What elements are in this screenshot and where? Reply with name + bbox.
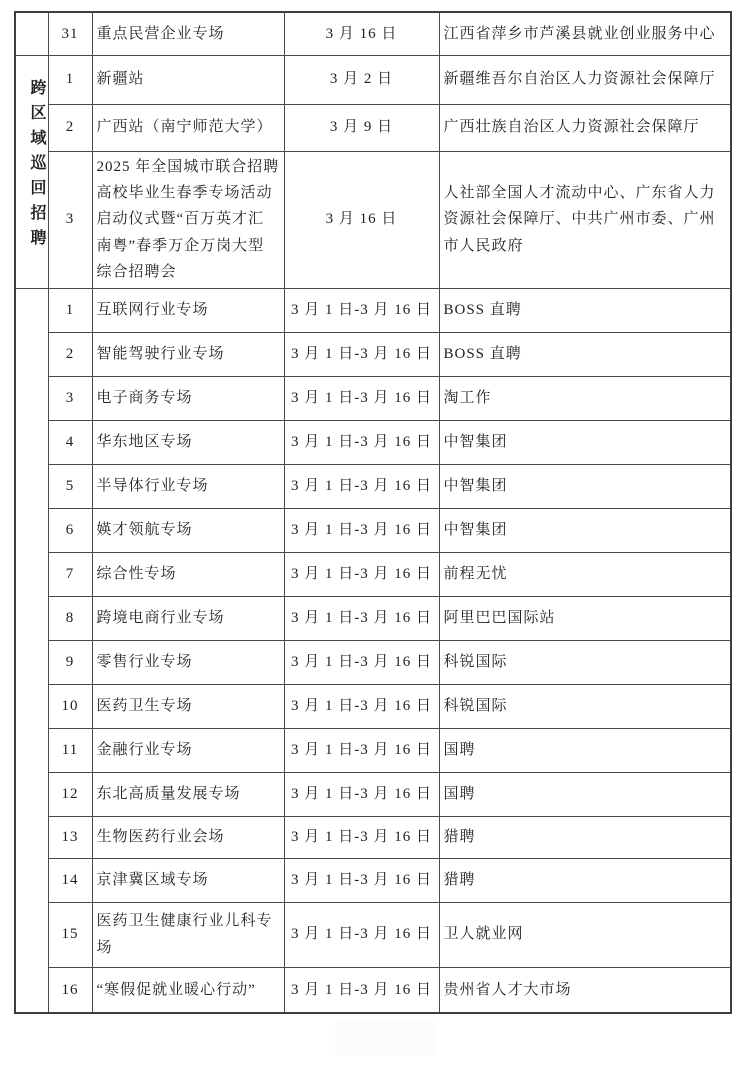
event-cell: 电子商务专场 [92,376,284,420]
row-number-cell: 1 [48,288,92,332]
date-cell: 3 月 1 日-3 月 16 日 [284,772,439,816]
date-cell: 3 月 1 日-3 月 16 日 [284,508,439,552]
event-cell: 金融行业专场 [92,728,284,772]
table-row: 4 华东地区专场 3 月 1 日-3 月 16 日 中智集团 [15,420,731,464]
event-cell: 东北高质量发展专场 [92,772,284,816]
date-cell: 3 月 1 日-3 月 16 日 [284,728,439,772]
table-row: 13 生物医药行业会场 3 月 1 日-3 月 16 日 猎聘 [15,816,731,858]
table-row: 2 广西站（南宁师范大学） 3 月 9 日 广西壮族自治区人力资源社会保障厅 [15,104,731,151]
table-row: 3 电子商务专场 3 月 1 日-3 月 16 日 淘工作 [15,376,731,420]
date-cell: 3 月 9 日 [284,104,439,151]
table-row: 跨区域巡回招聘 1 新疆站 3 月 2 日 新疆维吾尔自治区人力资源社会保障厅 [15,55,731,104]
date-cell: 3 月 16 日 [284,151,439,288]
organizer-cell: 人社部全国人才流动中心、广东省人力资源社会保障厅、中共广州市委、广州市人民政府 [439,151,731,288]
group-header-label: 跨区域巡回招聘 [20,79,48,254]
event-cell: 华东地区专场 [92,420,284,464]
table-row: 11 金融行业专场 3 月 1 日-3 月 16 日 国聘 [15,728,731,772]
row-number-cell: 7 [48,552,92,596]
group-cell-empty-bottom [15,288,48,1013]
table-row: 10 医药卫生专场 3 月 1 日-3 月 16 日 科锐国际 [15,684,731,728]
organizer-cell: 猎聘 [439,816,731,858]
table-row: 14 京津冀区域专场 3 月 1 日-3 月 16 日 猎聘 [15,858,731,902]
row-number-cell: 12 [48,772,92,816]
organizer-cell: 国聘 [439,728,731,772]
event-cell: 京津冀区域专场 [92,858,284,902]
table-row: 31 重点民营企业专场 3 月 16 日 江西省萍乡市芦溪县就业创业服务中心 [15,12,731,55]
table-row: 16 “寒假促就业暖心行动” 3 月 1 日-3 月 16 日 贵州省人才大市场 [15,967,731,1013]
organizer-cell: 中智集团 [439,508,731,552]
table-row: 8 跨境电商行业专场 3 月 1 日-3 月 16 日 阿里巴巴国际站 [15,596,731,640]
date-cell: 3 月 1 日-3 月 16 日 [284,376,439,420]
event-cell: 广西站（南宁师范大学） [92,104,284,151]
event-cell: 生物医药行业会场 [92,816,284,858]
organizer-cell: BOSS 直聘 [439,332,731,376]
row-number-cell: 4 [48,420,92,464]
table-row: 6 媖才领航专场 3 月 1 日-3 月 16 日 中智集团 [15,508,731,552]
organizer-cell: 贵州省人才大市场 [439,967,731,1013]
organizer-cell: 卫人就业网 [439,902,731,967]
row-number-cell: 6 [48,508,92,552]
event-cell: 医药卫生健康行业儿科专场 [92,902,284,967]
row-number-cell: 8 [48,596,92,640]
row-number-cell: 14 [48,858,92,902]
date-cell: 3 月 1 日-3 月 16 日 [284,288,439,332]
row-number-cell: 11 [48,728,92,772]
row-number-cell: 10 [48,684,92,728]
date-cell: 3 月 1 日-3 月 16 日 [284,858,439,902]
row-number-cell: 16 [48,967,92,1013]
event-cell: 媖才领航专场 [92,508,284,552]
table-row: 3 2025 年全国城市联合招聘高校毕业生春季专场活动启动仪式暨“百万英才汇南粤… [15,151,731,288]
faint-watermark-smudge [335,1022,435,1056]
row-number-cell: 2 [48,332,92,376]
table-row: 9 零售行业专场 3 月 1 日-3 月 16 日 科锐国际 [15,640,731,684]
row-number-cell: 31 [48,12,92,55]
event-cell: 综合性专场 [92,552,284,596]
group-cell-empty-top [15,12,48,55]
organizer-cell: BOSS 直聘 [439,288,731,332]
organizer-cell: 国聘 [439,772,731,816]
row-number-cell: 3 [48,376,92,420]
organizer-cell: 猎聘 [439,858,731,902]
date-cell: 3 月 1 日-3 月 16 日 [284,596,439,640]
date-cell: 3 月 1 日-3 月 16 日 [284,684,439,728]
organizer-cell: 科锐国际 [439,684,731,728]
table-row: 7 综合性专场 3 月 1 日-3 月 16 日 前程无忧 [15,552,731,596]
date-cell: 3 月 2 日 [284,55,439,104]
organizer-cell: 阿里巴巴国际站 [439,596,731,640]
document-page: 31 重点民营企业专场 3 月 16 日 江西省萍乡市芦溪县就业创业服务中心 跨… [0,0,750,1068]
table-row: 5 半导体行业专场 3 月 1 日-3 月 16 日 中智集团 [15,464,731,508]
event-cell: 医药卫生专场 [92,684,284,728]
event-cell: 零售行业专场 [92,640,284,684]
organizer-cell: 淘工作 [439,376,731,420]
date-cell: 3 月 1 日-3 月 16 日 [284,640,439,684]
event-cell: “寒假促就业暖心行动” [92,967,284,1013]
organizer-cell: 中智集团 [439,464,731,508]
row-number-cell: 5 [48,464,92,508]
date-cell: 3 月 1 日-3 月 16 日 [284,816,439,858]
date-cell: 3 月 16 日 [284,12,439,55]
table-row: 15 医药卫生健康行业儿科专场 3 月 1 日-3 月 16 日 卫人就业网 [15,902,731,967]
event-cell: 2025 年全国城市联合招聘高校毕业生春季专场活动启动仪式暨“百万英才汇南粤”春… [92,151,284,288]
row-number-cell: 3 [48,151,92,288]
date-cell: 3 月 1 日-3 月 16 日 [284,420,439,464]
table-row: 12 东北高质量发展专场 3 月 1 日-3 月 16 日 国聘 [15,772,731,816]
date-cell: 3 月 1 日-3 月 16 日 [284,967,439,1013]
organizer-cell: 科锐国际 [439,640,731,684]
row-number-cell: 9 [48,640,92,684]
table-row: 2 智能驾驶行业专场 3 月 1 日-3 月 16 日 BOSS 直聘 [15,332,731,376]
event-cell: 跨境电商行业专场 [92,596,284,640]
organizer-cell: 中智集团 [439,420,731,464]
date-cell: 3 月 1 日-3 月 16 日 [284,902,439,967]
event-cell: 重点民营企业专场 [92,12,284,55]
event-cell: 新疆站 [92,55,284,104]
row-number-cell: 13 [48,816,92,858]
organizer-cell: 新疆维吾尔自治区人力资源社会保障厅 [439,55,731,104]
recruitment-schedule-table: 31 重点民营企业专场 3 月 16 日 江西省萍乡市芦溪县就业创业服务中心 跨… [14,11,732,1014]
row-number-cell: 1 [48,55,92,104]
organizer-cell: 江西省萍乡市芦溪县就业创业服务中心 [439,12,731,55]
date-cell: 3 月 1 日-3 月 16 日 [284,552,439,596]
event-cell: 互联网行业专场 [92,288,284,332]
organizer-cell: 广西壮族自治区人力资源社会保障厅 [439,104,731,151]
table-row: 1 互联网行业专场 3 月 1 日-3 月 16 日 BOSS 直聘 [15,288,731,332]
event-cell: 半导体行业专场 [92,464,284,508]
row-number-cell: 15 [48,902,92,967]
row-number-cell: 2 [48,104,92,151]
event-cell: 智能驾驶行业专场 [92,332,284,376]
organizer-cell: 前程无忧 [439,552,731,596]
group-header-cross-region: 跨区域巡回招聘 [15,55,48,288]
date-cell: 3 月 1 日-3 月 16 日 [284,464,439,508]
date-cell: 3 月 1 日-3 月 16 日 [284,332,439,376]
